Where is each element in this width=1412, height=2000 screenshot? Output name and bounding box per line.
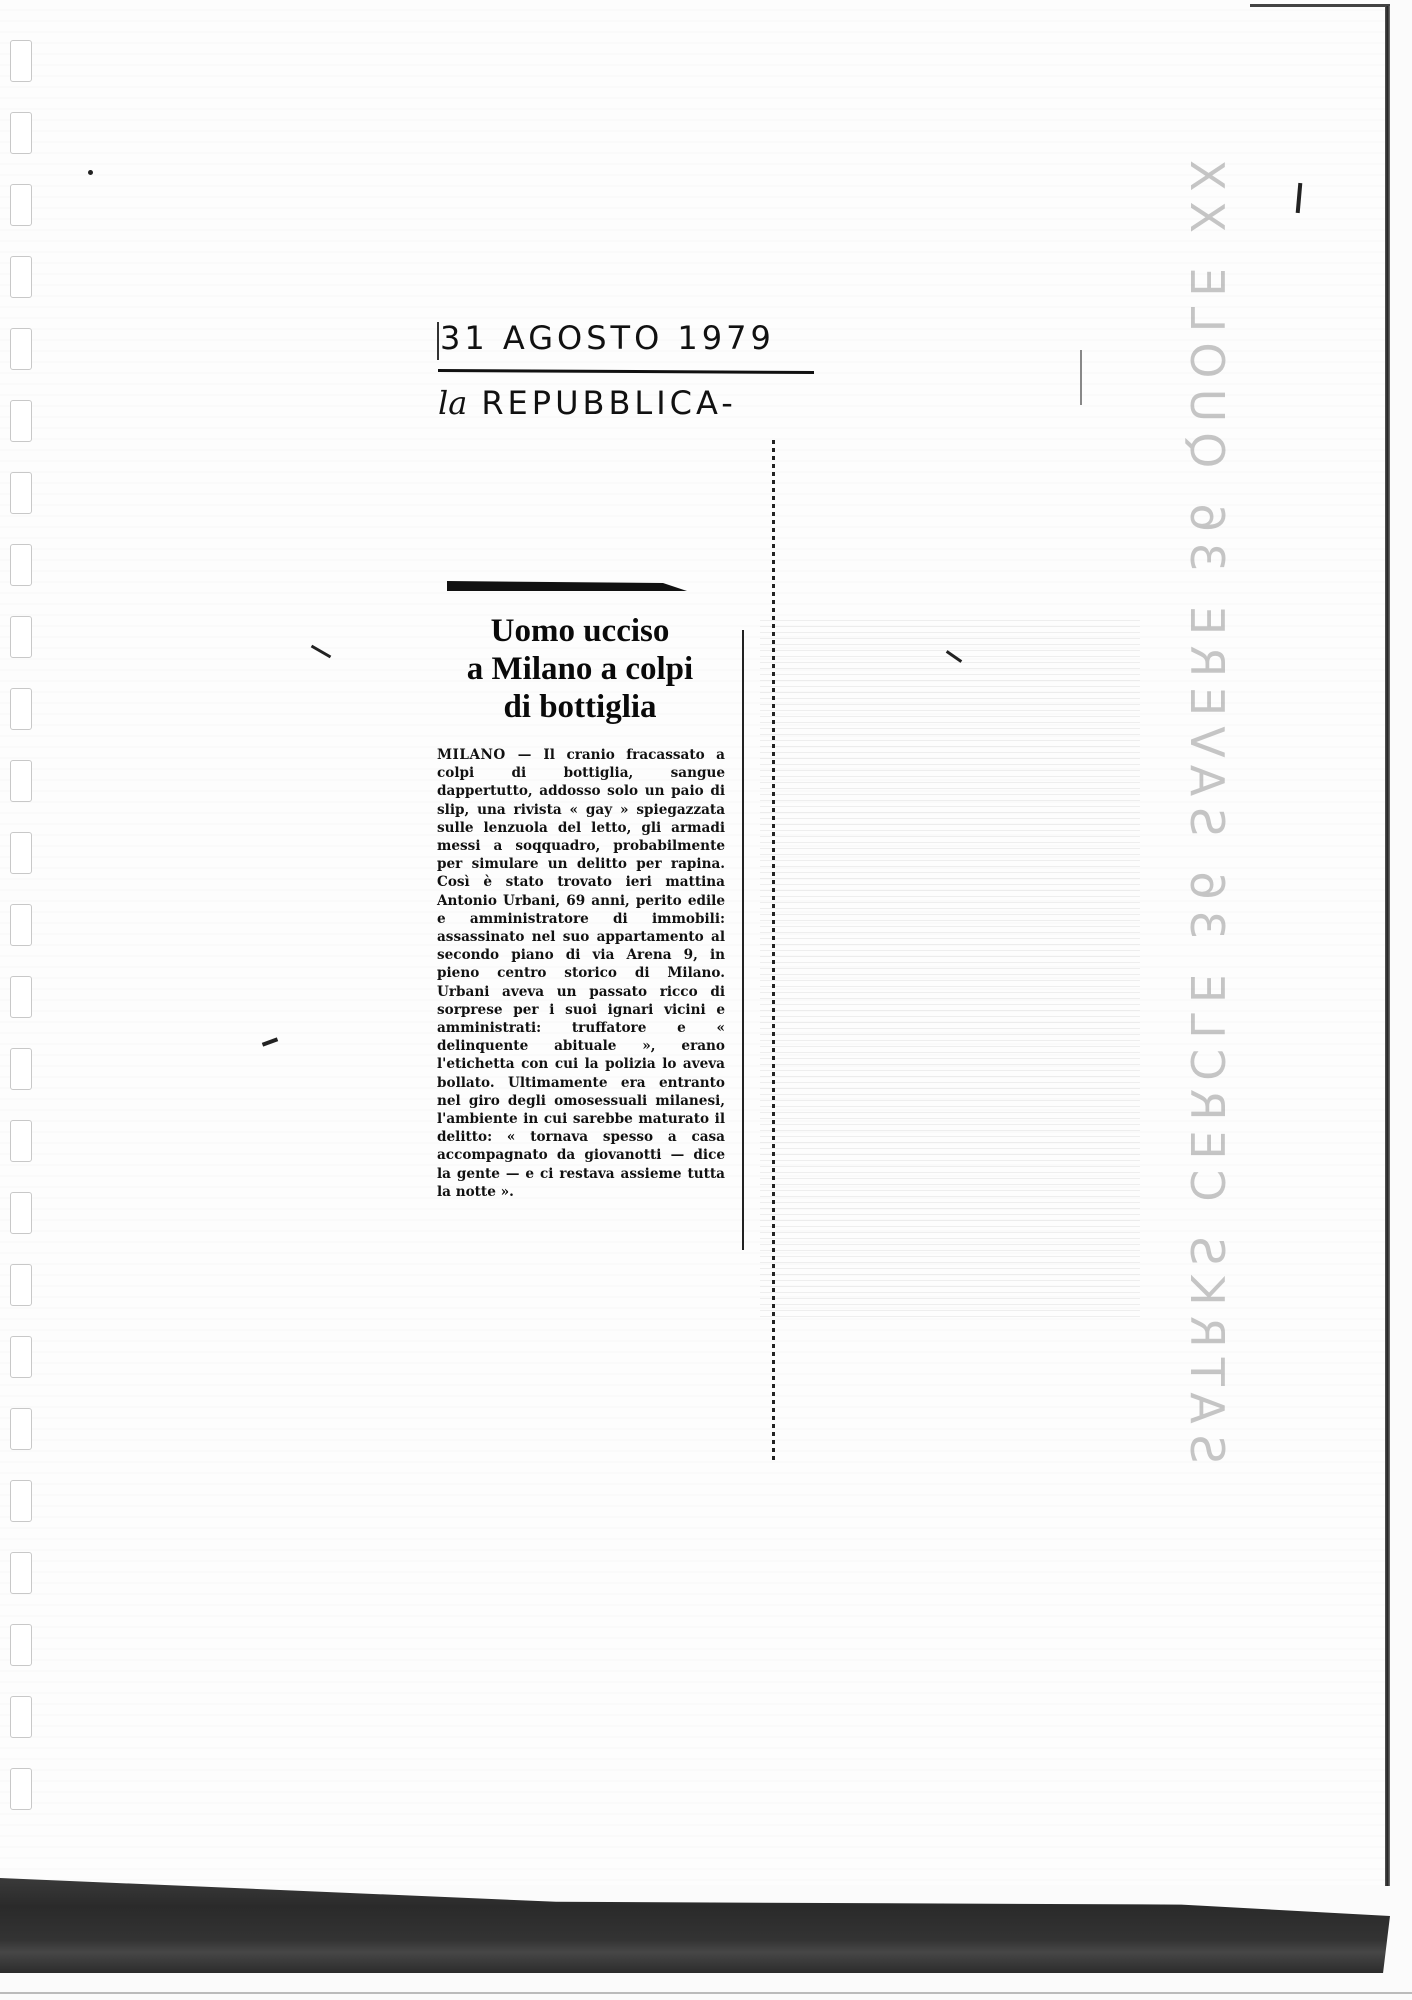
page-top-edge	[1250, 4, 1390, 7]
handwritten-source: laREPUBBLICA-	[438, 383, 818, 423]
headline-line: di bottiglia	[430, 688, 730, 726]
clipping-column-rule	[742, 630, 744, 1250]
binder-hole	[10, 256, 32, 298]
binder-hole	[10, 328, 32, 370]
scanner-shadow-band	[0, 1878, 1390, 1973]
article-dateline: MILANO —	[437, 747, 532, 763]
binder-hole	[10, 1768, 32, 1810]
headline-line: a Milano a colpi	[430, 650, 730, 688]
binder-hole	[10, 1336, 32, 1378]
mirrored-bleed-through-text: SATRKS CERCLE 36 SAVERE 36 QUOLE XX	[1180, 150, 1234, 1464]
binder-hole	[10, 1696, 32, 1738]
page-right-edge	[1385, 6, 1390, 1886]
scan-bottom-edge	[0, 1992, 1412, 1994]
binder-hole	[10, 1408, 32, 1450]
binder-hole	[10, 1120, 32, 1162]
binder-hole	[10, 688, 32, 730]
binder-hole	[10, 1480, 32, 1522]
handwritten-annotation: 31 AGOSTO 1979 laREPUBBLICA-	[438, 318, 818, 423]
article-headline: Uomo ucciso a Milano a colpi di bottigli…	[430, 612, 730, 726]
handwritten-underline	[438, 369, 814, 374]
binder-hole	[10, 472, 32, 514]
binder-hole	[10, 976, 32, 1018]
source-name: REPUBBLICA-	[481, 384, 736, 422]
binder-hole	[10, 1192, 32, 1234]
scan-noise-shading	[760, 620, 1140, 1320]
source-prefix: la	[438, 384, 467, 422]
binder-hole	[10, 1552, 32, 1594]
binder-hole	[10, 1264, 32, 1306]
handwritten-date: 31 AGOSTO 1979	[438, 318, 818, 358]
binder-hole	[10, 1624, 32, 1666]
pen-mark	[1080, 350, 1082, 405]
binder-hole	[10, 616, 32, 658]
perforation-line	[772, 440, 775, 1460]
article-body: MILANO — Il cranio fracassato a colpi di…	[437, 746, 725, 1201]
binder-hole	[10, 112, 32, 154]
binder-hole	[10, 832, 32, 874]
binder-hole	[10, 760, 32, 802]
binder-hole	[10, 40, 32, 82]
speck	[88, 170, 93, 175]
headline-line: Uomo ucciso	[430, 612, 730, 650]
binder-hole	[10, 904, 32, 946]
binder-hole	[10, 184, 32, 226]
article-body-text: Il cranio fracassato a colpi di bottigli…	[437, 747, 725, 1200]
binder-hole	[10, 544, 32, 586]
binder-hole	[10, 1048, 32, 1090]
binder-hole	[10, 400, 32, 442]
